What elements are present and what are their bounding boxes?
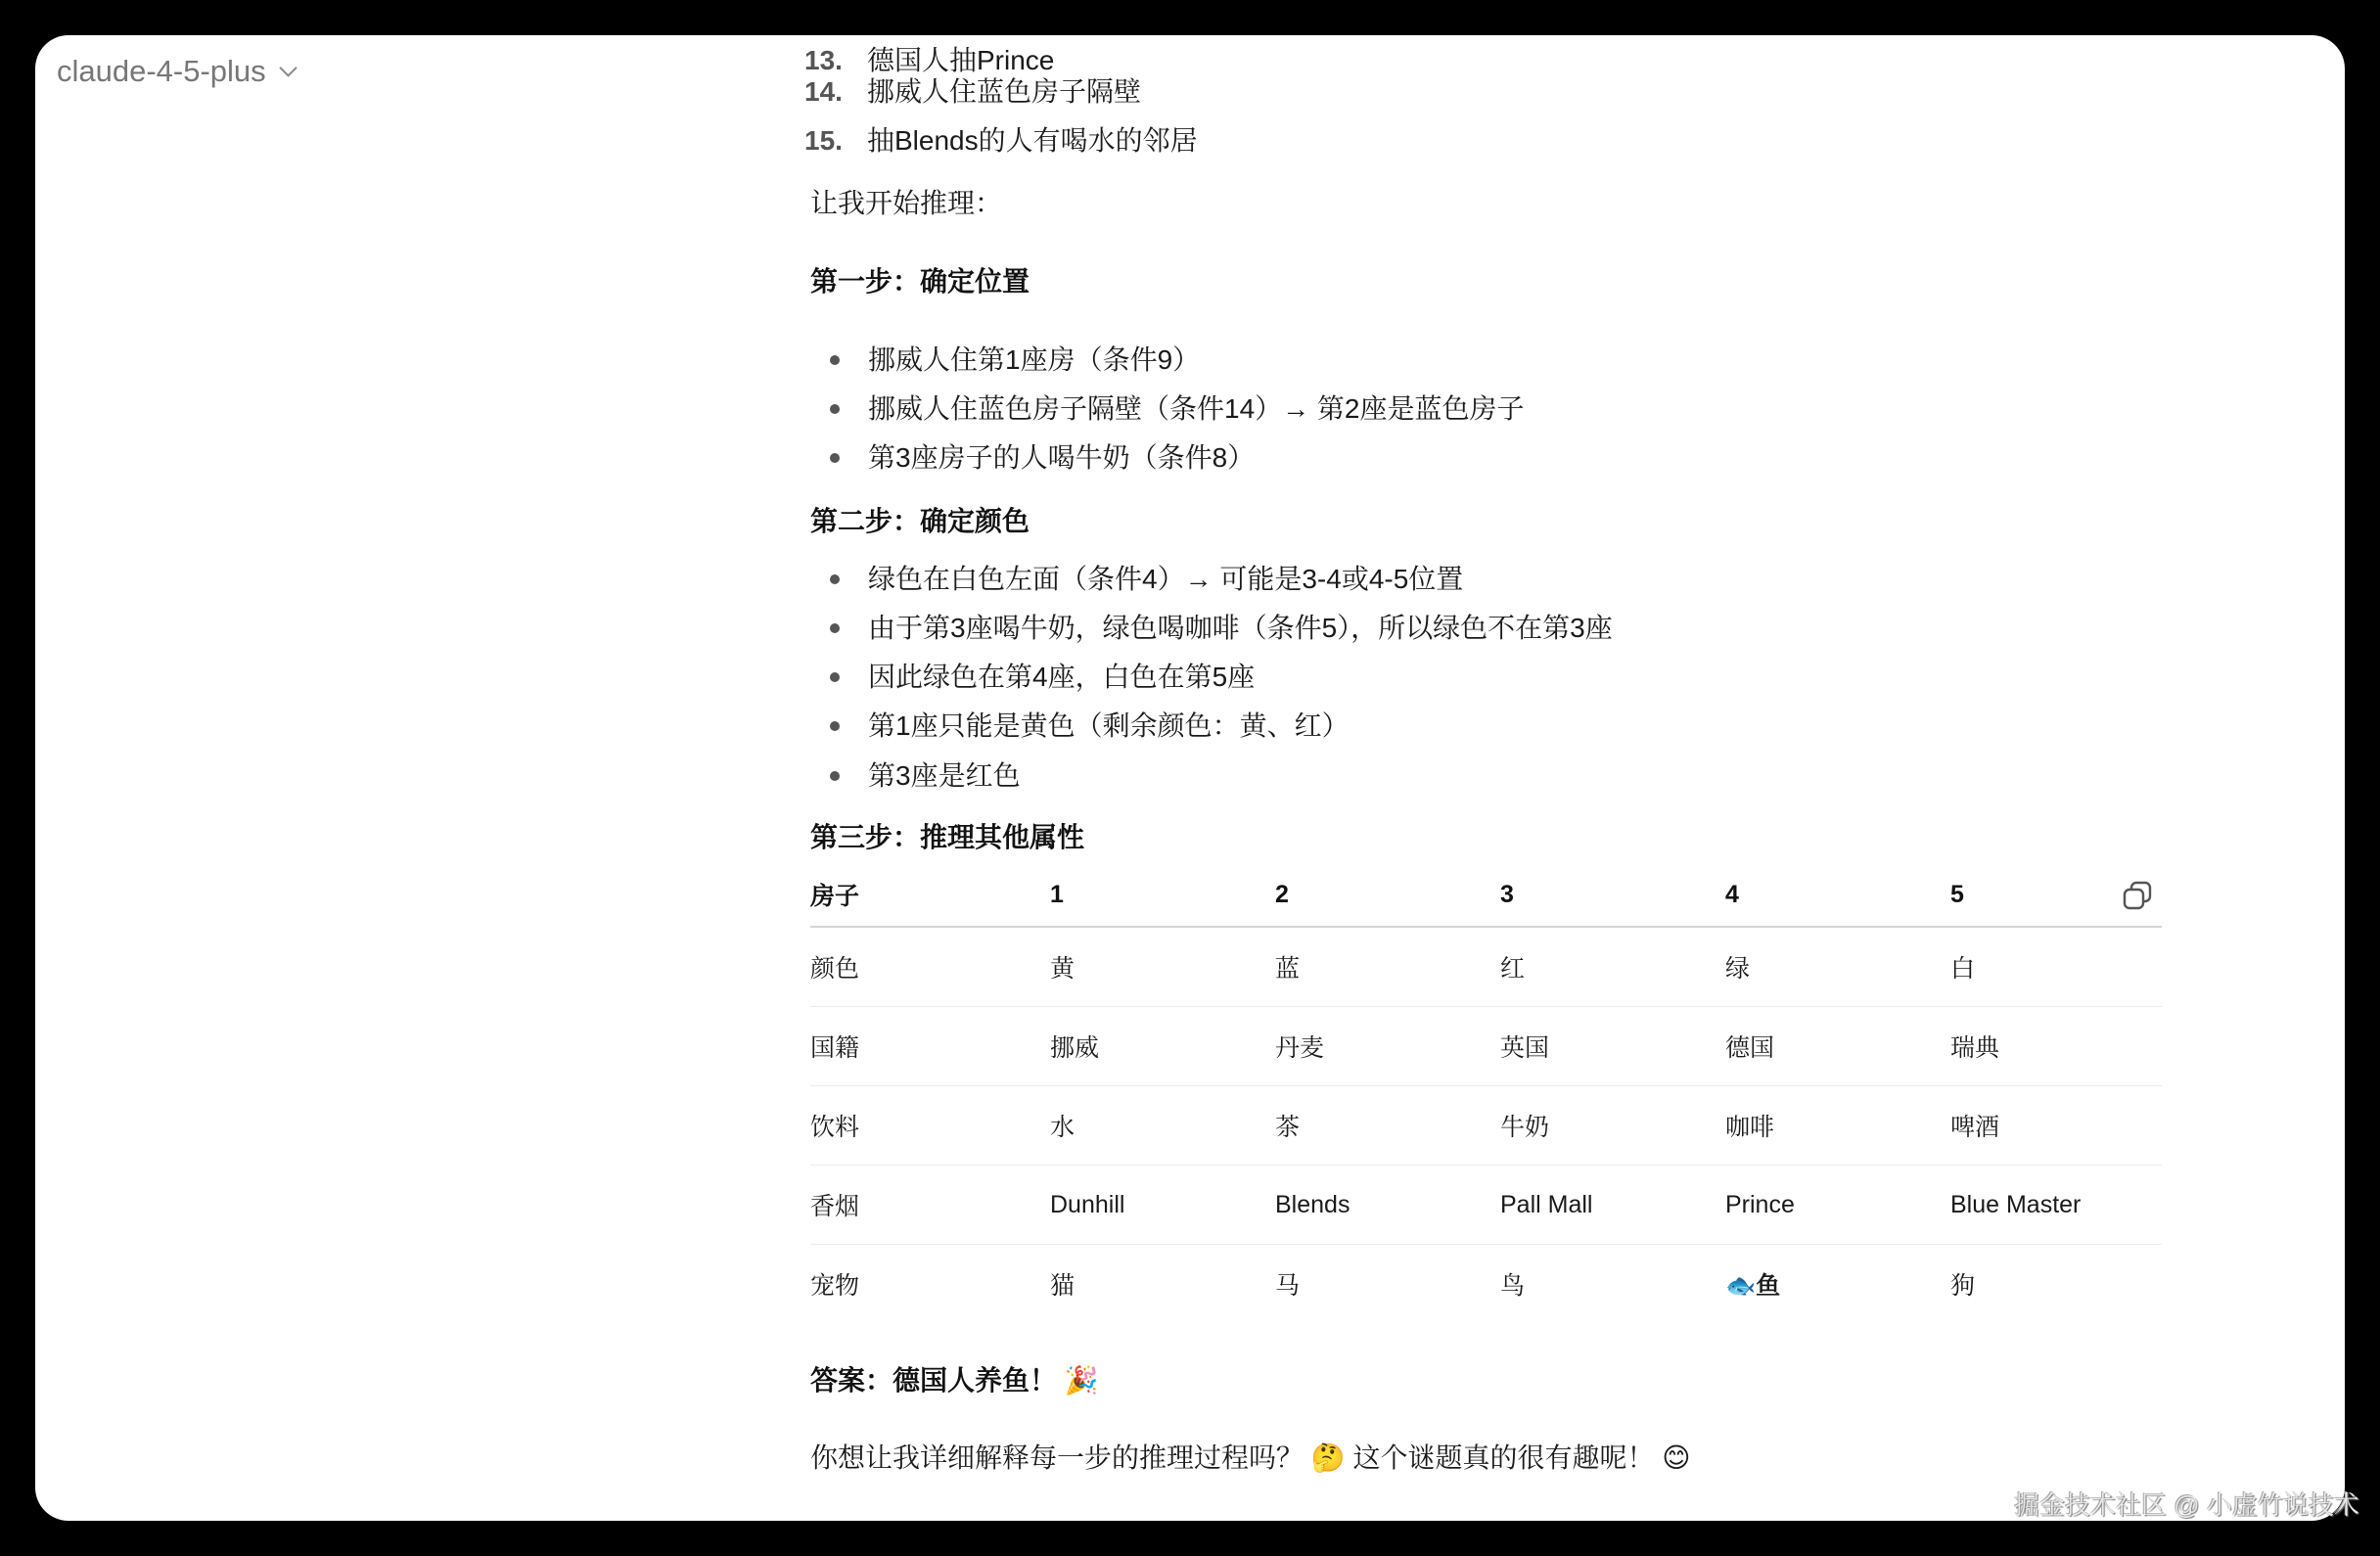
bullet-text: 挪威人住第1座房（条件9） xyxy=(868,341,1200,380)
list-number: 15. xyxy=(804,121,843,160)
table-row: 颜色 黄 蓝 红 绿 白 xyxy=(810,928,2162,1007)
model-selector[interactable]: claude-4-5-plus xyxy=(57,51,295,92)
party-popper-icon: 🎉 xyxy=(1065,1364,1099,1396)
chevron-down-icon xyxy=(279,59,297,76)
thinking-face-icon: 🤔 xyxy=(1311,1442,1346,1474)
model-name: claude-4-5-plus xyxy=(57,54,266,89)
list-text: 挪威人住蓝色房子隔壁 xyxy=(867,72,1141,112)
table-cell: Dunhill xyxy=(1050,1191,1275,1219)
table-cell: Pall Mall xyxy=(1500,1191,1725,1219)
table-cell: Blends xyxy=(1275,1191,1500,1219)
closing-line: 你想让我详细解释每一步的推理过程吗？ 🤔 这个谜题真的很有趣呢！ 😊 xyxy=(810,1439,1690,1478)
table-cell: 鸟 xyxy=(1500,1266,1725,1302)
table-cell: 绿 xyxy=(1725,949,1950,984)
step2-heading: 第二步：确定颜色 xyxy=(810,502,1030,541)
bullet-text: 第1座只能是黄色（剩余颜色：黄、红） xyxy=(868,707,1350,746)
table-cell: 德国 xyxy=(1725,1029,1950,1064)
table-cell: 茶 xyxy=(1275,1108,1500,1143)
table-row: 国籍 挪威 丹麦 英国 德国 瑞典 xyxy=(810,1007,2162,1086)
bullet-text: 第3座房子的人喝牛奶（条件8） xyxy=(868,438,1255,478)
table-header-cell: 1 xyxy=(1050,881,1275,909)
answer-line: 答案：德国人养鱼！ 🎉 xyxy=(810,1361,1099,1400)
list-number: 14. xyxy=(804,72,843,112)
bullet-text: 第3座是红色 xyxy=(868,756,1021,796)
step1-heading: 第一步：确定位置 xyxy=(810,262,1030,301)
table-cell: 丹麦 xyxy=(1275,1029,1500,1064)
bullet-text: 由于第3座喝牛奶，绿色喝咖啡（条件5），所以绿色不在第3座 xyxy=(868,609,1613,648)
closing-text-1: 你想让我详细解释每一步的推理过程吗？ xyxy=(810,1442,1304,1473)
table-cell: 猫 xyxy=(1050,1266,1275,1302)
bullet-dot xyxy=(830,574,840,584)
bullet-dot xyxy=(830,672,840,682)
table-cell: 香烟 xyxy=(810,1187,1050,1222)
table-cell: 啤酒 xyxy=(1950,1108,2175,1143)
smiling-face-icon: 😊 xyxy=(1662,1442,1690,1474)
table-cell: 红 xyxy=(1500,949,1725,984)
bullet-text: 绿色在白色左面（条件4）→ 可能是3-4或4-5位置 xyxy=(868,560,1463,599)
table-cell: 咖啡 xyxy=(1725,1108,1950,1143)
table-cell: 蓝 xyxy=(1275,949,1500,984)
step3-heading: 第三步：推理其他属性 xyxy=(810,818,1084,857)
table-cell-highlight: 🐟鱼 xyxy=(1725,1266,1950,1302)
table-cell: 宠物 xyxy=(810,1266,1050,1302)
copy-icon[interactable] xyxy=(2123,881,2152,910)
bullet-text: 因此绿色在第4座，白色在第5座 xyxy=(868,658,1255,697)
solution-table: 房子 1 2 3 4 5 颜色 黄 蓝 红 绿 白 国籍 挪威 丹麦 英国 德国… xyxy=(810,863,2162,1323)
bullet-text: 挪威人住蓝色房子隔壁（条件14）→ 第2座是蓝色房子 xyxy=(868,389,1525,429)
fish-icon: 🐟 xyxy=(1725,1271,1756,1300)
table-cell: 马 xyxy=(1275,1266,1500,1302)
table-header-row: 房子 1 2 3 4 5 xyxy=(810,863,2162,928)
answer-text: 答案：德国人养鱼！ xyxy=(810,1365,1057,1396)
table-cell: 狗 xyxy=(1950,1266,2175,1302)
chat-window: claude-4-5-plus 13. 德国人抽Prince 14. 挪威人住蓝… xyxy=(35,35,2345,1521)
table-header-cell: 4 xyxy=(1725,881,1950,909)
table-cell: 水 xyxy=(1050,1108,1275,1143)
table-cell: Prince xyxy=(1725,1191,1950,1219)
table-row: 香烟 Dunhill Blends Pall Mall Prince Blue … xyxy=(810,1166,2162,1245)
bullet-dot xyxy=(830,404,840,414)
list-text: 抽Blends的人有喝水的邻居 xyxy=(867,121,1198,160)
bullet-dot xyxy=(830,623,840,633)
table-cell: 挪威 xyxy=(1050,1029,1275,1064)
table-header-cell: 房子 xyxy=(810,877,1050,912)
table-cell: 黄 xyxy=(1050,949,1275,984)
table-cell: 英国 xyxy=(1500,1029,1725,1064)
bullet-dot xyxy=(830,355,840,365)
bullet-dot xyxy=(830,453,840,463)
bullet-dot xyxy=(830,771,840,781)
table-cell: 颜色 xyxy=(810,949,1050,984)
highlight-text: 鱼 xyxy=(1756,1272,1780,1300)
table-cell: 国籍 xyxy=(810,1029,1050,1064)
table-row: 宠物 猫 马 鸟 🐟鱼 狗 xyxy=(810,1245,2162,1323)
table-row: 饮料 水 茶 牛奶 咖啡 啤酒 xyxy=(810,1086,2162,1166)
watermark: 掘金技术社区 @ 小虚竹说技术 xyxy=(2014,1486,2359,1522)
table-cell: 瑞典 xyxy=(1950,1029,2175,1064)
table-header-cell: 2 xyxy=(1275,881,1500,909)
bullet-dot xyxy=(830,721,840,731)
intro-text: 让我开始推理： xyxy=(810,184,1002,223)
table-cell: 白 xyxy=(1950,949,2175,984)
closing-text-2: 这个谜题真的很有趣呢！ xyxy=(1352,1442,1654,1473)
table-header-cell: 3 xyxy=(1500,881,1725,909)
table-cell: 牛奶 xyxy=(1500,1108,1725,1143)
table-cell: 饮料 xyxy=(810,1108,1050,1143)
table-cell: Blue Master xyxy=(1950,1191,2175,1219)
